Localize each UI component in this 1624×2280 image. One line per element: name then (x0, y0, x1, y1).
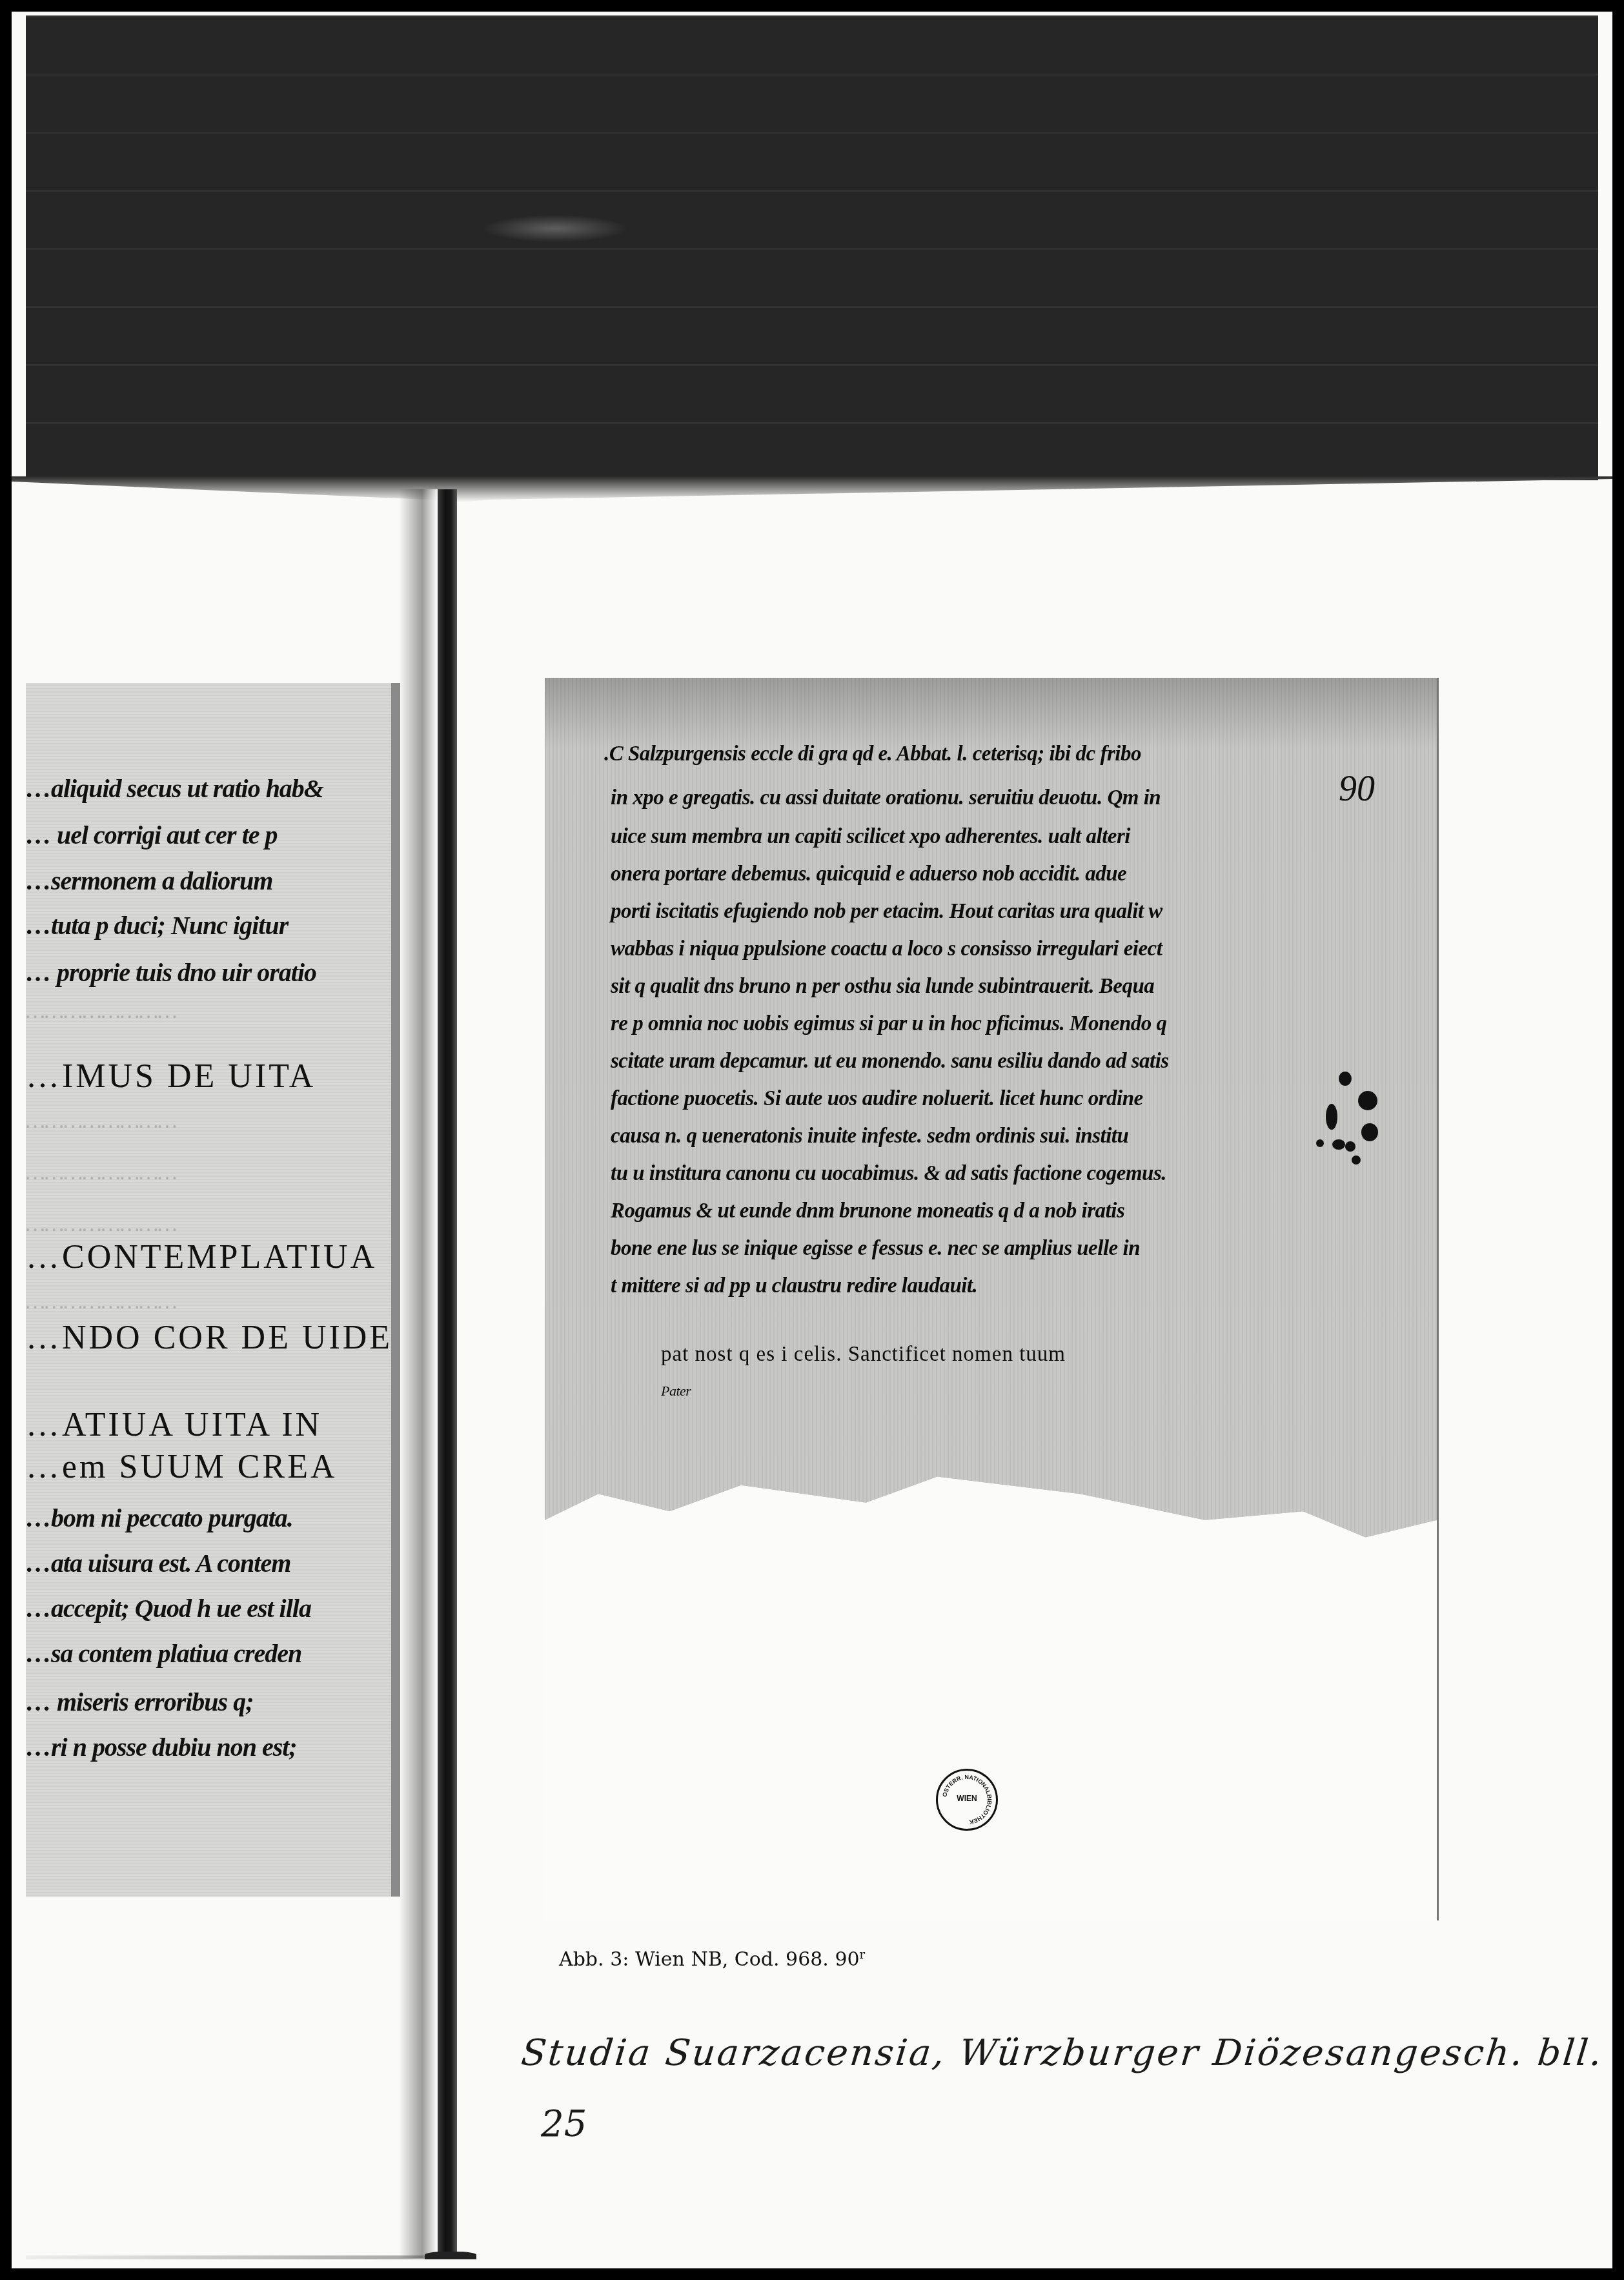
left-plate-line: …sa contem platiua creden (26, 1638, 301, 1669)
faded-line: …………………… (26, 999, 177, 1024)
manuscript-line: re p omnia noc uobis egimus si par u in … (611, 1012, 1166, 1036)
figure-caption: Abb. 3: Wien NB, Cod. 968. 90r (559, 1948, 865, 1971)
manuscript-line: t mittere si ad pp u claustru redire lau… (611, 1274, 977, 1298)
left-plate-line: …accepit; Quod h ue est illa (26, 1593, 311, 1623)
left-plate-line: …tuta p duci; Nunc igitur (26, 910, 288, 941)
faded-line: …………………… (26, 1161, 177, 1185)
left-plate-heading: …ATIUA UITA IN (26, 1406, 322, 1444)
manuscript-line: causa n. q ueneratonis inuite infeste. s… (611, 1125, 1128, 1148)
manuscript-line: tu u institura canonu cu uocabimus. & ad… (611, 1162, 1166, 1186)
left-plate-line: …bom ni peccato purgata. (26, 1503, 293, 1533)
manuscript-line: porti iscitatis efugiendo nob per etacim… (611, 900, 1162, 924)
handwritten-note-line-2: 25 (541, 2103, 587, 2145)
left-plate-heading: …CONTEMPLATIUA (26, 1238, 377, 1276)
book-cover (26, 15, 1598, 480)
left-plate-line: …ata uisura est. A contem (26, 1548, 290, 1578)
left-plate-heading: …IMUS DE UITA (26, 1057, 316, 1095)
folio-number: 90 (1339, 768, 1375, 809)
scanned-page: …aliquid secus ut ratio hab& … uel corri… (12, 12, 1612, 2268)
cover-edge (12, 476, 1612, 502)
manuscript-addition-line: Pater (661, 1383, 691, 1400)
right-page-manuscript-plate: .C Salzpurgensis eccle di gra qd e. Abba… (545, 678, 1439, 1920)
stamp-center-text: WIEN (938, 1794, 996, 1803)
left-plate-line: … proprie tuis dno uir oratio (26, 957, 316, 988)
ink-stains (1313, 1065, 1390, 1168)
left-plate-line: …ri n posse dubiu non est; (26, 1732, 297, 1762)
manuscript-line: in xpo e gregatis. cu assi duitate orati… (611, 786, 1161, 810)
manuscript-addition-line: pat nost q es i celis. Sanctificet nomen… (661, 1343, 1066, 1367)
left-page-manuscript-plate: …aliquid secus ut ratio hab& … uel corri… (26, 683, 400, 1897)
manuscript-line: .C Salzpurgensis eccle di gra qd e. Abba… (604, 742, 1141, 766)
handwritten-note-line-1: Studia Suarzacensia, Würzburger Diözesan… (520, 2032, 1606, 2074)
caption-text: Abb. 3: Wien NB, Cod. 968. 90 (559, 1948, 860, 1971)
library-stamp: OSTERR. NATIONALBIBLIOTHEK WIEN (936, 1769, 998, 1831)
left-plate-line: …sermonem a daliorum (26, 866, 272, 896)
book-spine-gutter (438, 489, 457, 2258)
manuscript-line: sit q qualit dns bruno n per osthu sia l… (611, 975, 1154, 999)
manuscript-line: onera portare debemus. quicquid e aduers… (611, 862, 1126, 886)
spine-foot (425, 2252, 476, 2259)
left-plate-line: … uel corrigi aut cer te p (26, 820, 278, 850)
left-plate-heading: …em SUUM CREA (26, 1448, 337, 1486)
manuscript-line: uice sum membra un capiti scilicet xpo a… (611, 825, 1130, 849)
left-plate-line: … miseris erroribus q; (26, 1687, 254, 1717)
manuscript-line: wabbas i niqua ppulsione coactu a loco s… (611, 937, 1162, 961)
faded-line: …………………… (26, 1109, 177, 1134)
manuscript-line: factione puocetis. Si aute uos audire no… (611, 1087, 1143, 1111)
left-plate-heading: …NDO COR DE UIDEBIT (26, 1319, 400, 1357)
gutter-shadow (399, 489, 438, 2258)
parchment-leaf: .C Salzpurgensis eccle di gra qd e. Abba… (545, 678, 1437, 1546)
caption-superscript: r (860, 1948, 866, 1962)
faded-line: …………………… (26, 1212, 177, 1237)
manuscript-line: Rogamus & ut eunde dnm brunone moneatis … (611, 1199, 1124, 1223)
faded-line: …………………… (26, 1290, 177, 1314)
page-edge-shadow (26, 2255, 439, 2259)
manuscript-line: bone ene lus se inique egisse e fessus e… (611, 1237, 1140, 1261)
manuscript-line: scitate uram depcamur. ut eu monendo. sa… (611, 1050, 1169, 1074)
left-plate-line: …aliquid secus ut ratio hab& (26, 773, 323, 804)
